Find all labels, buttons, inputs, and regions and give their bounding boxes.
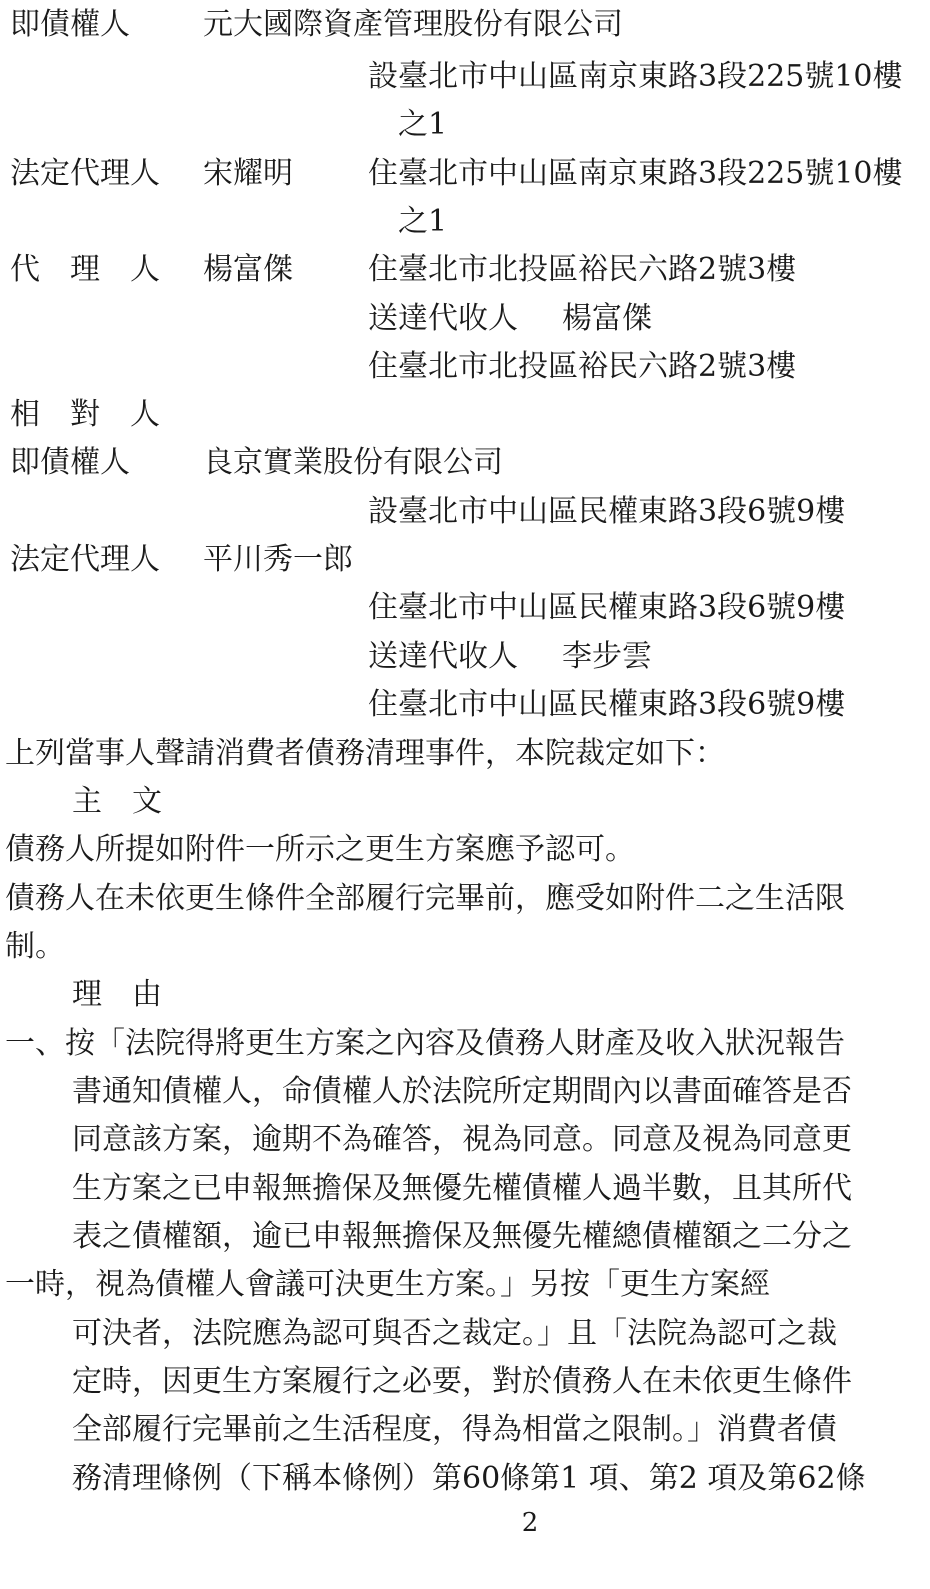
reasons-line: 定時，因更生方案履行之必要，對於債務人在未依更生條件 xyxy=(72,1365,852,1399)
counterparty-heading: 相 對 人 xyxy=(10,398,160,432)
main-text-line: 債務人所提如附件一所示之更生方案應予認可。 xyxy=(5,833,635,867)
reasons-line: 表之債權額，逾已申報無擔保及無優先權總債權額之二分之 xyxy=(72,1220,852,1254)
applicant-creditor-address: 設臺北市中山區南京東路3段225號10樓 xyxy=(368,60,903,94)
reasons-line: 一、按「法院得將更生方案之內容及債務人財產及收入狀況報告 xyxy=(5,1027,845,1061)
counterparty-service-label: 送達代收人 xyxy=(368,640,518,674)
applicant-creditor-address-cont: 之1 xyxy=(398,108,447,142)
reasons-line: 全部履行完畢前之生活程度，得為相當之限制。」消費者債 xyxy=(72,1413,837,1447)
applicant-legal-rep-label: 法定代理人 xyxy=(10,157,160,191)
agent-service-label: 送達代收人 xyxy=(368,302,518,336)
agent-name: 楊富傑 xyxy=(203,253,293,287)
intro-paragraph: 上列當事人聲請消費者債務清理事件，本院裁定如下： xyxy=(5,737,725,771)
applicant-legal-rep-name: 宋耀明 xyxy=(203,157,293,191)
agent-label: 代 理 人 xyxy=(10,253,160,287)
applicant-creditor-name: 元大國際資產管理股份有限公司 xyxy=(203,8,623,42)
main-text-line: 債務人在未依更生條件全部履行完畢前，應受如附件二之生活限 xyxy=(5,882,845,916)
reasons-line: 一時，視為債權人會議可決更生方案。」另按「更生方案經 xyxy=(5,1268,770,1302)
counterparty-service-name: 李步雲 xyxy=(562,640,652,674)
reasons-line: 同意該方案，逾期不為確答，視為同意。同意及視為同意更 xyxy=(72,1123,852,1157)
counterparty-legal-rep-address: 住臺北市中山區民權東路3段6號9樓 xyxy=(368,591,845,625)
counterparty-creditor-label: 即債權人 xyxy=(10,446,130,480)
agent-address: 住臺北市北投區裕民六路2號3樓 xyxy=(368,253,796,287)
applicant-legal-rep-address: 住臺北市中山區南京東路3段225號10樓 xyxy=(368,157,903,191)
reasons-line: 可決者，法院應為認可與否之裁定。」且「法院為認可之裁 xyxy=(72,1317,837,1351)
main-text-line: 制。 xyxy=(5,930,65,964)
reasons-line: 生方案之已申報無擔保及無優先權債權人過半數，且其所代 xyxy=(72,1172,852,1206)
scan-artifact xyxy=(845,1577,925,1583)
counterparty-legal-rep-name: 平川秀一郎 xyxy=(203,543,353,577)
counterparty-creditor-address: 設臺北市中山區民權東路3段6號9樓 xyxy=(368,495,845,529)
reasons-line: 務清理條例（下稱本條例）第60條第1 項、第2 項及第62條 xyxy=(72,1462,866,1496)
counterparty-service-address: 住臺北市中山區民權東路3段6號9樓 xyxy=(368,688,845,722)
reasons-line: 書通知債權人，命債權人於法院所定期間內以書面確答是否 xyxy=(72,1075,852,1109)
applicant-creditor-label: 即債權人 xyxy=(10,8,130,42)
agent-service-address: 住臺北市北投區裕民六路2號3樓 xyxy=(368,350,796,384)
agent-service-name: 楊富傑 xyxy=(562,302,652,336)
main-text-heading: 主 文 xyxy=(72,785,162,819)
counterparty-creditor-name: 良京實業股份有限公司 xyxy=(203,446,503,480)
applicant-legal-rep-address-cont: 之1 xyxy=(398,205,447,239)
page-number: 2 xyxy=(0,1508,930,1538)
reasons-heading: 理 由 xyxy=(72,978,162,1012)
counterparty-legal-rep-label: 法定代理人 xyxy=(10,543,160,577)
